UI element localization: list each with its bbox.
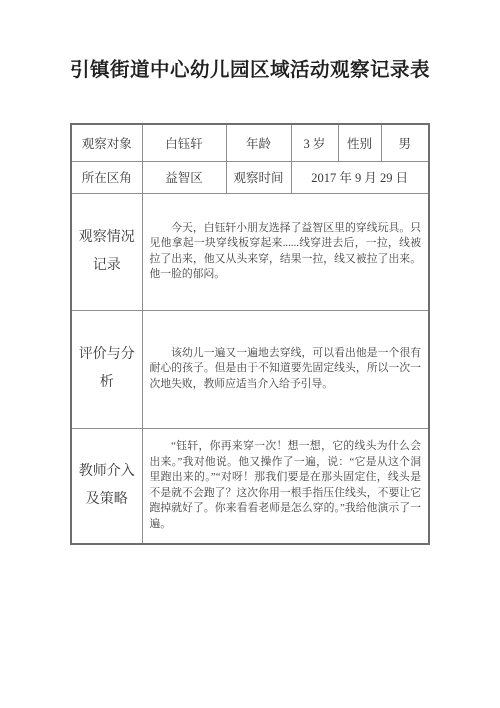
teacher-intervention-label: 教师介入及策略 <box>78 458 136 514</box>
time-label-cell: 观察时间 <box>226 161 291 193</box>
area-value-cell: 益智区 <box>142 161 226 193</box>
document-page: 引镇街道中心幼儿园区域活动观察记录表 观察对象 白钰轩 年龄 3 岁 性别 男 … <box>0 0 500 708</box>
age-value-cell: 3 岁 <box>291 124 338 161</box>
area-label-cell: 所在区角 <box>71 161 142 193</box>
evaluation-analysis-label: 评价与分析 <box>78 341 136 397</box>
teacher-intervention-label-cell: 教师介入及策略 <box>71 428 142 544</box>
evaluation-analysis-label-cell: 评价与分析 <box>71 310 142 428</box>
subject-label-cell: 观察对象 <box>71 124 142 161</box>
teacher-intervention-row: 教师介入及策略 “钰轩，你再来穿一次！想一想，它的线头为什么会出来。”我对他说。… <box>71 428 429 544</box>
observation-record-row: 观察情况记录 今天，白钰轩小朋友选择了益智区里的穿线玩具。只见他拿起一块穿线板穿… <box>71 193 429 310</box>
subject-value-cell: 白钰轩 <box>142 124 226 161</box>
evaluation-analysis-text: 该幼儿一遍又一遍地去穿线，可以看出他是一个很有耐心的孩子。但是由于不知道要先固定… <box>143 346 429 393</box>
evaluation-analysis-content-cell: 该幼儿一遍又一遍地去穿线，可以看出他是一个很有耐心的孩子。但是由于不知道要先固定… <box>142 310 429 428</box>
gender-label-cell: 性别 <box>338 124 381 161</box>
observation-record-label: 观察情况记录 <box>78 224 136 280</box>
observation-record-label-cell: 观察情况记录 <box>71 193 142 310</box>
subject-info-row: 观察对象 白钰轩 年龄 3 岁 性别 男 <box>71 124 429 161</box>
observation-record-text: 今天，白钰轩小朋友选择了益智区里的穿线玩具。只见他拿起一块穿线板穿起来.....… <box>143 221 429 283</box>
gender-value-cell: 男 <box>381 124 429 161</box>
teacher-intervention-content-cell: “钰轩，你再来穿一次！想一想，它的线头为什么会出来。”我对他说。他又操作了一遍，… <box>142 428 429 544</box>
observation-record-table: 观察对象 白钰轩 年龄 3 岁 性别 男 所在区角 益智区 观察时间 2017 … <box>70 123 430 545</box>
area-time-row: 所在区角 益智区 观察时间 2017 年 9 月 29 日 <box>71 161 429 193</box>
age-label-cell: 年龄 <box>226 124 291 161</box>
time-value-cell: 2017 年 9 月 29 日 <box>291 161 429 193</box>
teacher-intervention-text: “钰轩，你再来穿一次！想一想，它的线头为什么会出来。”我对他说。他又操作了一遍，… <box>143 439 429 532</box>
evaluation-analysis-row: 评价与分析 该幼儿一遍又一遍地去穿线，可以看出他是一个很有耐心的孩子。但是由于不… <box>71 310 429 428</box>
page-title: 引镇街道中心幼儿园区域活动观察记录表 <box>0 0 500 83</box>
observation-record-content-cell: 今天，白钰轩小朋友选择了益智区里的穿线玩具。只见他拿起一块穿线板穿起来.....… <box>142 193 429 310</box>
